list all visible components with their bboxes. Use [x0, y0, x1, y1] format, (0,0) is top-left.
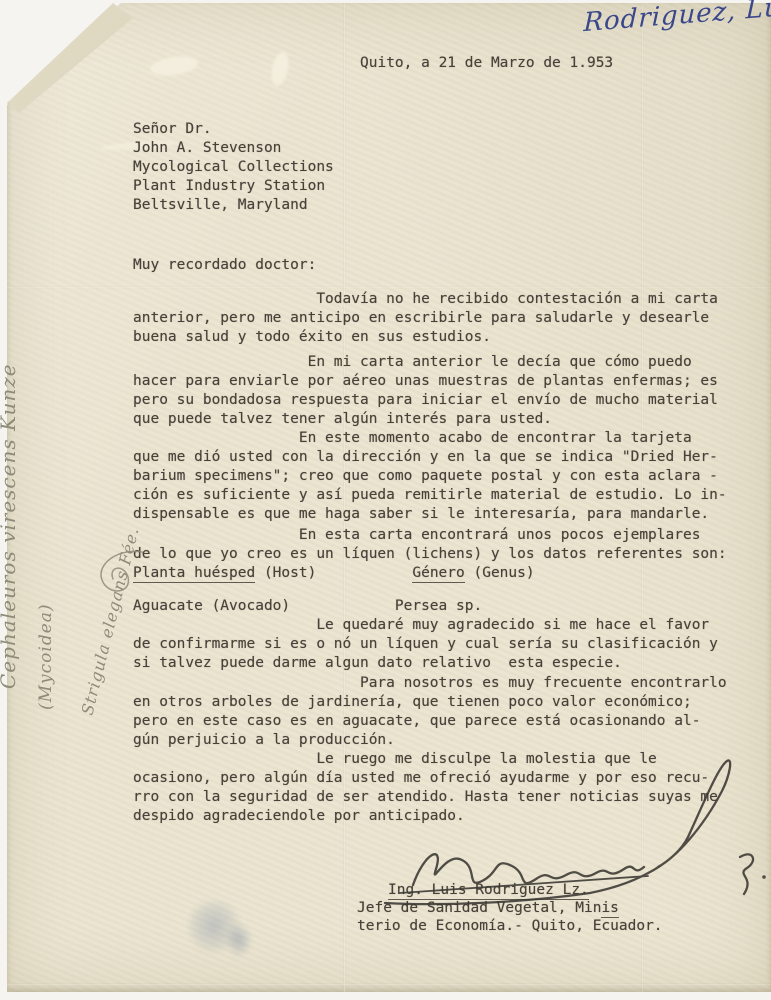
ink-smudge	[222, 918, 256, 962]
specimen-table-header: Planta huésped (Host) Género (Genus)	[133, 564, 535, 583]
genus-column-header: Género	[412, 565, 464, 583]
margin-pencil-family-annotation: (Mycoidea)	[36, 603, 56, 710]
recipient-address-block: Señor Dr. John A. Stevenson Mycological …	[133, 120, 334, 215]
genus-column-header-paren: (Genus)	[465, 565, 535, 581]
salutation-line: Muy recordado doctor:	[133, 256, 316, 275]
scanned-letter-page: { "colors": { "paper": "#eae4d0", "typed…	[0, 0, 771, 1000]
column-gap	[316, 565, 412, 581]
paragraph-2: En mi carta anterior le decía que cómo p…	[133, 353, 718, 429]
paper-crease-horizontal	[7, 286, 771, 289]
signature-paraph	[740, 854, 753, 894]
paper-crease-horizontal	[7, 983, 771, 986]
signature-dot	[762, 875, 766, 879]
signature-scrawl	[413, 854, 644, 885]
paragraph-1: Todavía no he recibido contestación a mi…	[133, 290, 718, 347]
paragraph-6: Para nosotros es muy frecuente encontrar…	[133, 674, 727, 750]
handwritten-signature	[340, 745, 771, 930]
paragraph-3: En este momento acabo de encontrar la ta…	[133, 429, 727, 524]
signature-underline	[400, 876, 648, 893]
host-column-header-paren: (Host)	[255, 565, 316, 581]
paragraph-4: En esta carta encontrará unos pocos ejem…	[133, 526, 727, 564]
date-line: Quito, a 21 de Marzo de 1.953	[360, 54, 613, 73]
margin-pencil-species-annotation: Cephaleuros virescens Kunze	[0, 363, 20, 689]
paragraph-5: Le quedaré muy agradecido si me hace el …	[133, 616, 718, 673]
pencil-swirl-annotation	[88, 546, 152, 610]
specimen-table-row: Aguacate (Avocado) Persea sp.	[133, 597, 482, 616]
